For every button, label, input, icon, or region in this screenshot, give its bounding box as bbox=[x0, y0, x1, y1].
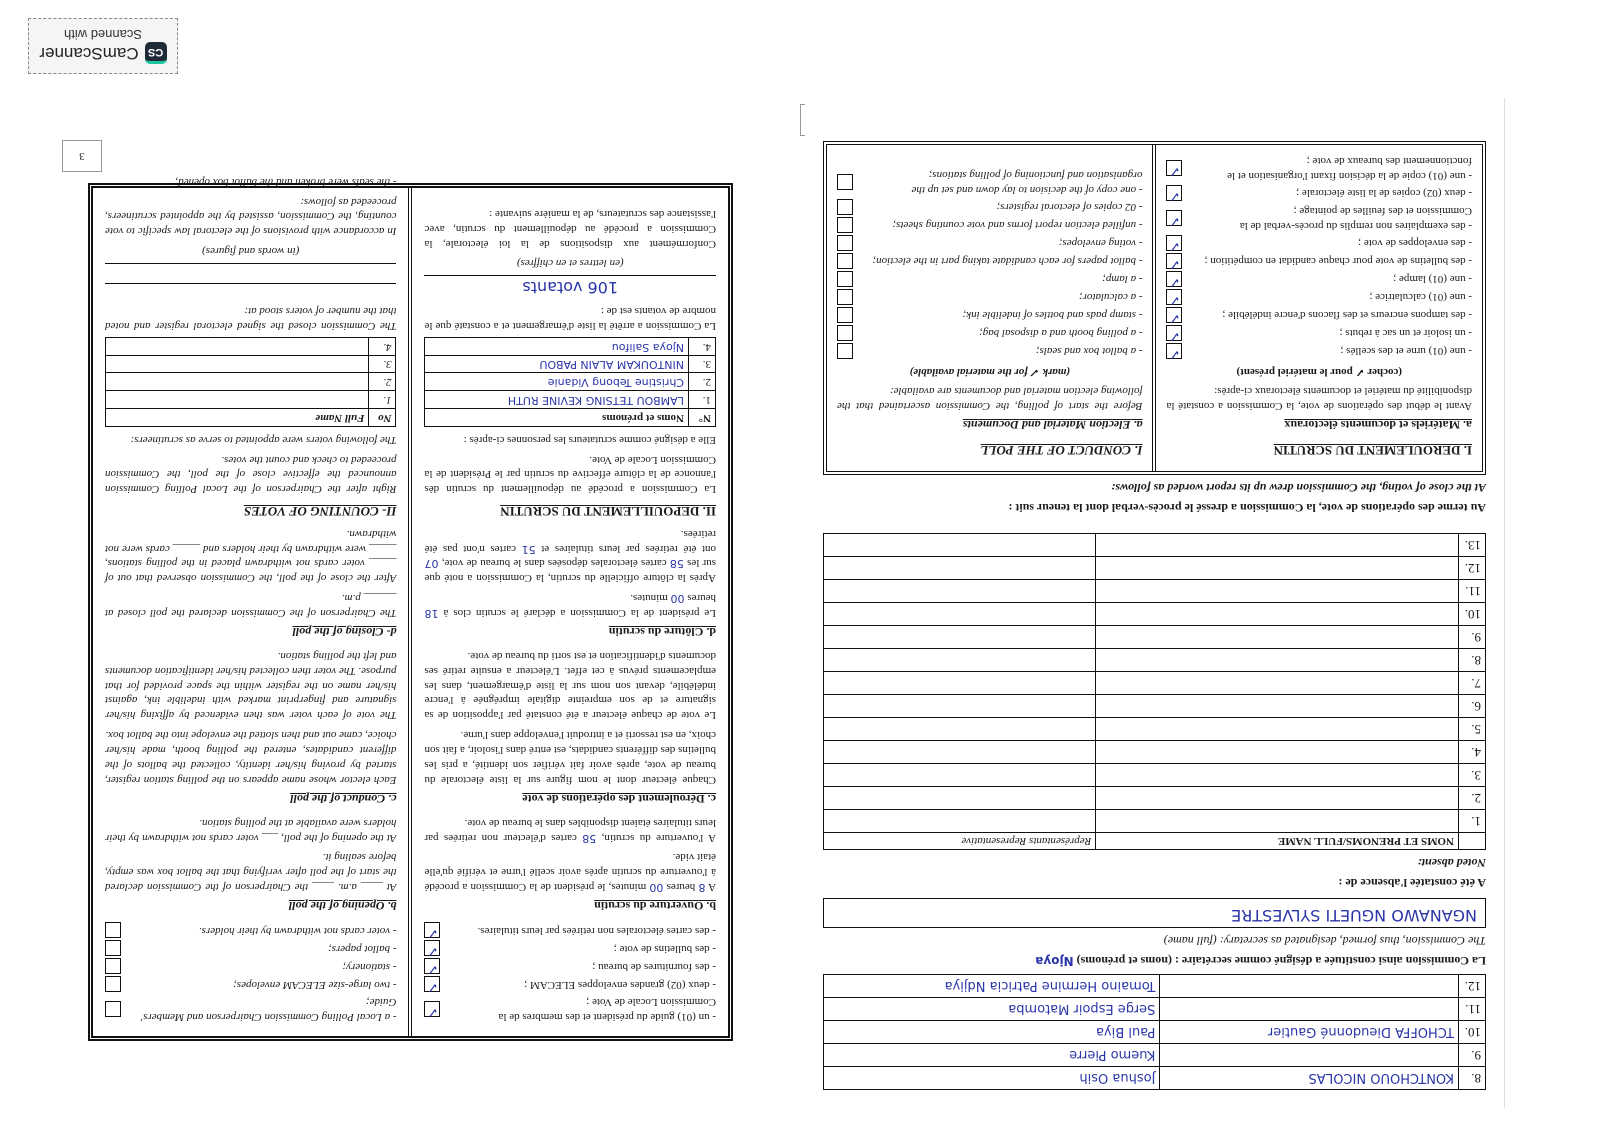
checkbox[interactable] bbox=[837, 307, 853, 323]
page-marker-left: 3 bbox=[62, 140, 102, 172]
material-checkbox-item: - des bulletins de vote ; bbox=[425, 940, 717, 956]
material-checkbox-item: - ballot papers for each candidate takin… bbox=[837, 253, 1143, 269]
checkbox[interactable] bbox=[1167, 210, 1183, 226]
checkbox[interactable] bbox=[425, 1001, 441, 1017]
material-checkbox-item: - une (01) urne et des scellés ; bbox=[1167, 343, 1473, 359]
checkbox[interactable] bbox=[837, 253, 853, 269]
checkbox[interactable] bbox=[105, 976, 121, 992]
camscanner-brand: CamScanner bbox=[39, 44, 138, 64]
table-row: 6. bbox=[824, 695, 1486, 718]
scanned-with-label: Scanned with bbox=[64, 28, 142, 43]
table-row: 1. bbox=[824, 810, 1486, 833]
material-checkbox-item: - un isoloir et un sac à rebuts ; bbox=[1167, 325, 1473, 341]
material-checkbox-item: - des fournitures de bureau ; bbox=[425, 958, 717, 974]
opening-paragraph-fr: A 8 heures 00 minutes, le président de l… bbox=[425, 850, 717, 895]
table-row: 10. bbox=[824, 603, 1486, 626]
table-row: 4.Njoya Salifou bbox=[425, 337, 716, 355]
table-row: 4. bbox=[824, 741, 1486, 764]
checkbox[interactable] bbox=[105, 922, 121, 938]
table-row: 8.KONTCHOUO NICOLASJoshua Osih bbox=[824, 1067, 1486, 1090]
table-row: 1.LAMBOU TETSING KEVINE RUTH bbox=[425, 391, 716, 409]
table-row: 4. bbox=[106, 337, 397, 355]
checkbox[interactable] bbox=[1167, 325, 1183, 341]
material-checkbox-item: - unfilled election report forms and vot… bbox=[837, 217, 1143, 233]
material-checkbox-item: - 02 copies of electoral registers; bbox=[837, 199, 1143, 215]
table-row: 10.TCHOFFA Dieudonné GautierPaul Biya bbox=[824, 1021, 1486, 1044]
checkbox[interactable] bbox=[1167, 185, 1183, 201]
report-page-2: - un (01) guide du président et des memb… bbox=[88, 183, 733, 1041]
material-checkbox-item: - two large-size ELECAM envelopes; bbox=[105, 976, 397, 992]
page2-french-column: - un (01) guide du président et des memb… bbox=[409, 188, 729, 1036]
close-statement-fr: Au terme des opérations de vote, la Comm… bbox=[823, 500, 1486, 515]
table-row: 9. bbox=[824, 626, 1486, 649]
section-1-box: I. DEROULEMENT DU SCRUTIN a. Matériels e… bbox=[823, 141, 1486, 475]
table-row: 13. bbox=[824, 534, 1486, 557]
checkbox[interactable] bbox=[837, 343, 853, 359]
table-row: 5. bbox=[824, 718, 1486, 741]
checkbox[interactable] bbox=[425, 940, 441, 956]
material-checkbox-item: - a calculator; bbox=[837, 289, 1143, 305]
table-row: 8. bbox=[824, 649, 1486, 672]
camscanner-watermark: CS CamScanner Scanned with bbox=[28, 18, 178, 74]
checkbox[interactable] bbox=[837, 325, 853, 341]
material-checkbox-item: - des tampons encreurs et des flacons d'… bbox=[1167, 307, 1473, 323]
commission-members-table: 8.KONTCHOUO NICOLASJoshua Osih 9.Kuemo P… bbox=[823, 974, 1486, 1090]
checkbox[interactable] bbox=[1167, 343, 1183, 359]
material-checkbox-item: - deux (02) grandes enveloppes ELECAM ; bbox=[425, 976, 717, 992]
material-checkbox-item: - a ballot box and seals; bbox=[837, 343, 1143, 359]
table-row: 1. bbox=[106, 391, 397, 409]
material-checkbox-item: - a polling booth and a disposal bag; bbox=[837, 325, 1143, 341]
table-row: 3. bbox=[824, 764, 1486, 787]
material-checkbox-item: - des enveloppes de vote ; bbox=[1167, 235, 1473, 251]
close-statement-en: At the close of voting, the Commission d… bbox=[823, 480, 1486, 495]
table-row: 11.Serge Espoir Matomba bbox=[824, 998, 1486, 1021]
checkbox[interactable] bbox=[1167, 289, 1183, 305]
checkbox[interactable] bbox=[425, 958, 441, 974]
material-checkbox-item: - une (01) calculatrice ; bbox=[1167, 289, 1473, 305]
checkbox[interactable] bbox=[1167, 160, 1183, 176]
material-checkbox-item: - stationery; bbox=[105, 958, 397, 974]
page2-english-column: - a Local Polling Commission Chairperson… bbox=[93, 188, 409, 1036]
checkbox[interactable] bbox=[837, 174, 853, 190]
absent-table: NOMS ET PRENOMS/FULL NAMEReprésentants R… bbox=[823, 533, 1486, 850]
table-row: 3. bbox=[106, 355, 397, 373]
checkbox[interactable] bbox=[425, 922, 441, 938]
checkbox[interactable] bbox=[425, 976, 441, 992]
camscanner-logo-icon: CS bbox=[145, 43, 167, 65]
section-1-fr: I. DEROULEMENT DU SCRUTIN a. Matériels e… bbox=[1153, 145, 1483, 471]
checkbox[interactable] bbox=[1167, 271, 1183, 287]
material-checkbox-item: - des cartes électorales non retirées pa… bbox=[425, 922, 717, 938]
absence-label-fr: A été constatée l'absence de : bbox=[823, 875, 1486, 890]
scrutineers-table-en: NoFull Name 1. 2. 3. 4. bbox=[105, 337, 397, 427]
table-row: 9.Kuemo Pierre bbox=[824, 1044, 1486, 1067]
report-page-1: 8.KONTCHOUO NICOLASJoshua Osih 9.Kuemo P… bbox=[805, 98, 1505, 1108]
checkbox[interactable] bbox=[105, 1001, 121, 1017]
checkbox[interactable] bbox=[837, 235, 853, 251]
material-checkbox-item: - voting envelopes; bbox=[837, 235, 1143, 251]
checkbox[interactable] bbox=[837, 217, 853, 233]
secretary-label-fr: La Commission ainsi constituée a désigné… bbox=[823, 953, 1486, 968]
material-checkbox-item: - deux (02) copies de la liste électoral… bbox=[1167, 185, 1473, 201]
table-row: 11. bbox=[824, 580, 1486, 603]
table-row: 2.Christine Tebong Vidanie bbox=[425, 373, 716, 391]
material-checkbox-item: - des exemplaires non remplis du procès-… bbox=[1167, 203, 1473, 233]
table-row: 7. bbox=[824, 672, 1486, 695]
material-checkbox-item: - ballot papers; bbox=[105, 940, 397, 956]
material-checkbox-item: - une (01) lampe ; bbox=[1167, 271, 1473, 287]
material-checkbox-item: - une (01) copie de la décision fixant l… bbox=[1167, 153, 1473, 183]
material-checkbox-item: - un (01) guide du président et des memb… bbox=[425, 994, 717, 1024]
voter-count: 106 votants bbox=[425, 275, 717, 298]
material-checkbox-item: - des bulletins de vote pour chaque cand… bbox=[1167, 253, 1473, 269]
absence-label-en: Noted absent: bbox=[823, 855, 1486, 870]
checkbox[interactable] bbox=[837, 289, 853, 305]
table-row: 3.NINTOUKAM ALAIN PABOU bbox=[425, 355, 716, 373]
material-checkbox-item: - one copy of the decision to lay down a… bbox=[837, 167, 1143, 197]
section-1-en: I. CONDUCT OF THE POLL a. Election Mater… bbox=[827, 145, 1153, 471]
checkbox[interactable] bbox=[105, 940, 121, 956]
material-checkbox-item: - stamp pads and bottles of indelible in… bbox=[837, 307, 1143, 323]
material-checkbox-item: - a Local Polling Commission Chairperson… bbox=[105, 994, 397, 1024]
checkbox[interactable] bbox=[105, 958, 121, 974]
material-checkbox-item: - a lamp; bbox=[837, 271, 1143, 287]
secretary-label-en: The Commission, thus formed, designated … bbox=[823, 933, 1486, 948]
table-row: 2. bbox=[824, 787, 1486, 810]
checkbox[interactable] bbox=[837, 271, 853, 287]
material-checkbox-item: - voter cards not withdrawn by their hol… bbox=[105, 922, 397, 938]
checkbox[interactable] bbox=[1167, 307, 1183, 323]
table-row: 12.Tomaino Hermine Patricia Ndjiya bbox=[824, 975, 1486, 998]
table-row: 2. bbox=[106, 373, 397, 391]
checkbox[interactable] bbox=[1167, 235, 1183, 251]
secretary-name-field: NGANAWO NGUETI SYLVESTRE bbox=[823, 898, 1486, 928]
table-row: 12. bbox=[824, 557, 1486, 580]
checkbox[interactable] bbox=[1167, 253, 1183, 269]
checkbox[interactable] bbox=[837, 199, 853, 215]
scrutineers-table-fr: N°Noms et prénoms 1.LAMBOU TETSING KEVIN… bbox=[425, 337, 717, 427]
